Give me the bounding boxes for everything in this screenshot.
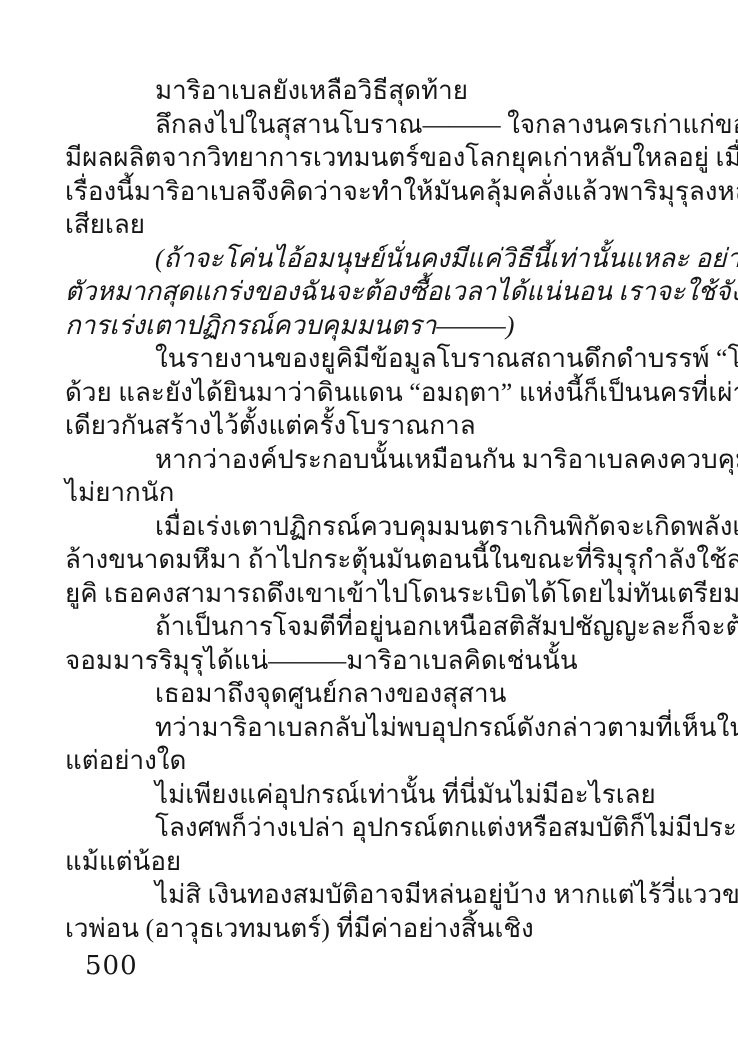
text-line: ไม่เพียงแค่อุปกรณ์เท่านั้น ที่นี่มันไม่ม… — [65, 778, 675, 812]
page-body: มาริอาเบลยังเหลือวิธีสุดท้าย ลึกลงไปในสุ… — [65, 74, 675, 945]
text-line: ด้วย และยังได้ยินมาว่าดินแดน “อมฤตา” แห่… — [65, 376, 675, 410]
text-line: เธอมาถึงจุดศูนย์กลางของสุสาน — [65, 677, 675, 711]
page-number: 500 — [85, 951, 138, 981]
text-line: เวพ่อน (อาวุธเวทมนตร์) ที่มีค่าอย่างสิ้น… — [65, 912, 675, 946]
text-line: ในรายงานของยูคิมีข้อมูลโบราณสถานดึกดำบรร… — [65, 342, 675, 376]
text-line: เมื่อเร่งเตาปฏิกรณ์ควบคุมมนตราเกินพิกัดจ… — [65, 510, 675, 544]
text-line: ทว่ามาริอาเบลกลับไม่พบอุปกรณ์ดังกล่าวตาม… — [65, 711, 675, 745]
text-line: ล้างขนาดมหึมา ถ้าไปกระตุ้นมันตอนนี้ในขณะ… — [65, 543, 675, 577]
text-line: เสียเลย — [65, 208, 675, 242]
text-line: ลึกลงไปในสุสานโบราณ——— ใจกลางนครเก่าแก่ข… — [65, 108, 675, 142]
text-line: เรื่องนี้มาริอาเบลจึงคิดว่าจะทำให้มันคลุ… — [65, 175, 675, 209]
text-line: แต่อย่างใด — [65, 744, 675, 778]
text-line: การเร่งเตาปฏิกรณ์ควบคุมมนตรา———) — [65, 309, 675, 343]
text-line: มาริอาเบลยังเหลือวิธีสุดท้าย — [65, 74, 675, 108]
text-line: หากว่าองค์ประกอบนั้นเหมือนกัน มาริอาเบลค… — [65, 443, 675, 477]
text-line: โลงศพก็ว่างเปล่า อุปกรณ์ตกแต่งหรือสมบัติ… — [65, 811, 675, 845]
text-line: เดียวกันสร้างไว้ตั้งแต่ครั้งโบราณกาล — [65, 409, 675, 443]
text-line: มีผลผลิตจากวิทยาการเวทมนตร์ของโลกยุคเก่า… — [65, 141, 675, 175]
text-line: ยูคิ เธอคงสามารถดึงเขาเข้าไปโดนระเบิดได้… — [65, 577, 675, 611]
text-line: ตัวหมากสุดแกร่งของฉันจะต้องซื้อเวลาได้แน… — [65, 275, 675, 309]
text-line: แม้แต่น้อย — [65, 845, 675, 879]
text-line: ไม่สิ เงินทองสมบัติอาจมีหล่นอยู่บ้าง หาก… — [65, 878, 675, 912]
text-line: (ถ้าจะโค่นไอ้อมนุษย์นั่นคงมีแค่วิธีนี้เท… — [65, 242, 675, 276]
text-line: ไม่ยากนัก — [65, 476, 675, 510]
text-line: จอมมารริมุรุได้แน่———มาริอาเบลคิดเช่นนั้… — [65, 644, 675, 678]
book-page: มาริอาเบลยังเหลือวิธีสุดท้าย ลึกลงไปในสุ… — [0, 0, 738, 1051]
text-line: ถ้าเป็นการโจมตีที่อยู่นอกเหนือสติสัมปชัญ… — [65, 610, 675, 644]
